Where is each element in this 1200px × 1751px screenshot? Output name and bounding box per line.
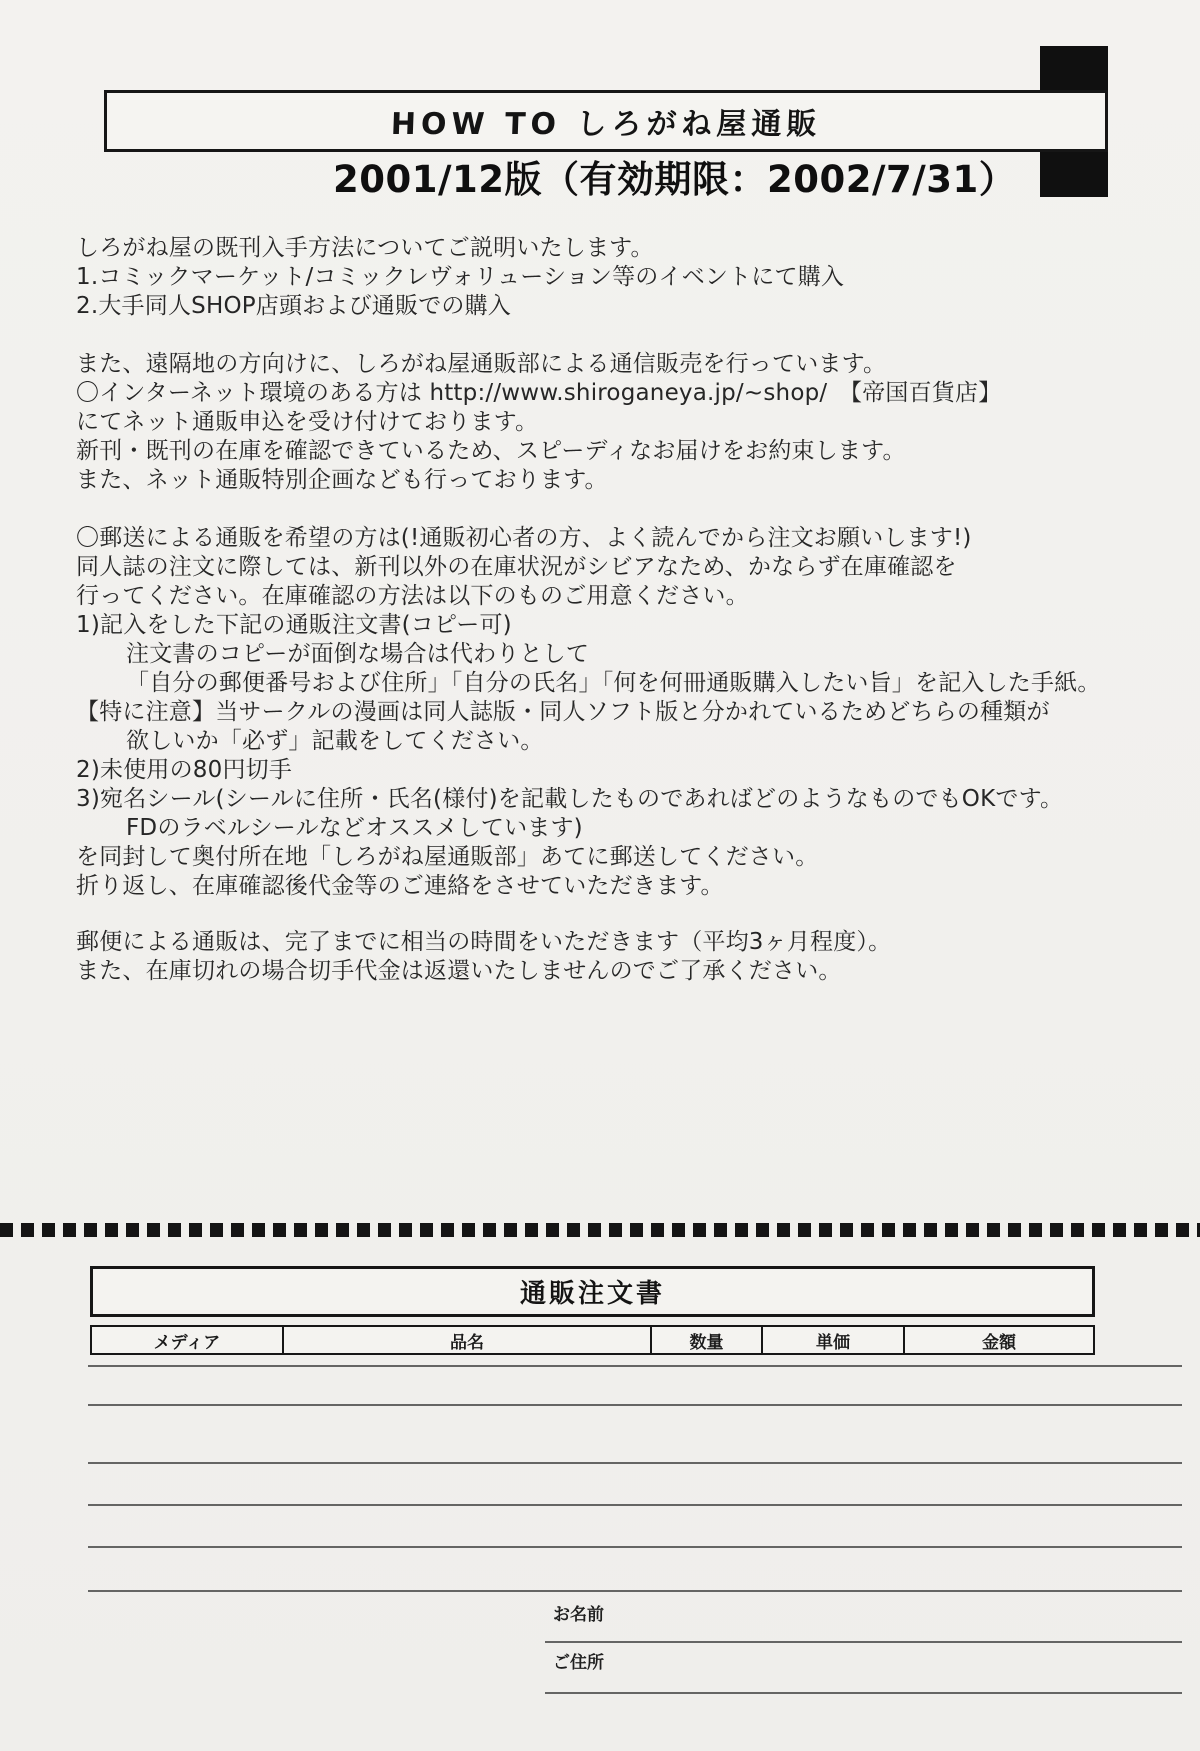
text-line: 「自分の郵便番号および住所」「自分の氏名」「何を何冊通販購入したい旨」を記入した… [76,669,1180,698]
order-form-title: 通販注文書 [520,1273,665,1310]
text-line: にてネット通販申込を受け付けております。 [76,408,1180,437]
text-line: また、ネット通販特別企画なども行っております。 [76,466,1180,495]
form-ruled-line [88,1504,1182,1506]
text-line: また、遠隔地の方向けに、しろがね屋通販部による通信販売を行っています。 [76,350,1180,379]
form-ruled-line [88,1546,1182,1548]
text-line: 行ってください。在庫確認の方法は以下のものご用意ください。 [76,582,1180,611]
column-header-unit-price: 単価 [761,1327,903,1353]
text-line: 折り返し、在庫確認後代金等のご連絡をさせていただきます。 [76,872,1180,901]
text-line: 注文書のコピーが面倒な場合は代わりとして [76,640,1180,669]
page-title-box: HOW TO しろがね屋通販 [104,90,1108,152]
text-line: 同人誌の注文に際しては、新刊以外の在庫状況がシビアなため、かならず在庫確認を [76,553,1180,582]
edition-validity-line: 2001/12版（有効期限：2002/7/31） [333,149,1016,203]
column-header-quantity: 数量 [650,1327,761,1353]
text-line: 欲しいか「必ず」記載をしてください。 [76,727,1180,756]
text-line: 1.コミックマーケット/コミックレヴォリューション等のイベントにて購入 [76,263,1180,292]
text-line: 郵便による通販は、完了までに相当の時間をいただきます（平均3ヶ月程度）。 [76,928,1180,957]
paragraph-mail-order: 〇郵送による通販を希望の方は(!通販初心者の方、よく読んでから注文お願いします!… [76,524,1180,901]
paragraph-intro: しろがね屋の既刊入手方法についてご説明いたします。 1.コミックマーケット/コミ… [76,234,1180,321]
page-title: HOW TO しろがね屋通販 [390,99,822,143]
text-line: 〇郵送による通販を希望の方は(!通販初心者の方、よく読んでから注文お願いします!… [76,524,1180,553]
text-line: また、在庫切れの場合切手代金は返還いたしませんのでご了承ください。 [76,957,1180,986]
text-line: 2)未使用の80円切手 [76,756,1180,785]
paragraph-online-order: また、遠隔地の方向けに、しろがね屋通販部による通信販売を行っています。 〇インタ… [76,350,1180,495]
form-ruled-line [88,1590,1182,1592]
order-form-title-box: 通販注文書 [90,1266,1095,1317]
text-line: しろがね屋の既刊入手方法についてご説明いたします。 [76,234,1180,263]
form-ruled-line [88,1365,1182,1367]
column-header-amount: 金額 [903,1327,1093,1353]
scanned-order-info-page: HOW TO しろがね屋通販 2001/12版（有効期限：2002/7/31） … [0,0,1200,1751]
name-label: お名前 [553,1600,604,1625]
text-line: 3)宛名シール(シールに住所・氏名(様付)を記載したものであればどのようなもので… [76,785,1180,814]
column-header-item-name: 品名 [282,1327,650,1353]
form-ruled-line [88,1462,1182,1464]
text-line: FDのラベルシールなどオススメしています) [76,814,1180,843]
text-line: を同封して奥付所在地「しろがね屋通販部」あてに郵送してください。 [76,843,1180,872]
address-writing-line [545,1692,1182,1694]
text-line: 〇インターネット環境のある方は http://www.shiroganeya.j… [76,379,1180,408]
form-ruled-line [88,1404,1182,1406]
text-line: 【特に注意】当サークルの漫画は同人誌版・同人ソフト版と分かれているためどちらの種… [76,698,1180,727]
order-form-header-row: メディア 品名 数量 単価 金額 [90,1325,1095,1355]
text-line: 2.大手同人SHOP店頭および通販での購入 [76,292,1180,321]
dashed-cut-line [0,1223,1200,1237]
address-label: ご住所 [553,1648,604,1673]
name-writing-line [545,1641,1182,1643]
column-header-media: メディア [92,1327,282,1353]
text-line: 新刊・既刊の在庫を確認できているため、スピーディなお届けをお約束します。 [76,437,1180,466]
paragraph-notes: 郵便による通販は、完了までに相当の時間をいただきます（平均3ヶ月程度）。 また、… [76,928,1180,986]
text-line: 1)記入をした下記の通販注文書(コピー可) [76,611,1180,640]
